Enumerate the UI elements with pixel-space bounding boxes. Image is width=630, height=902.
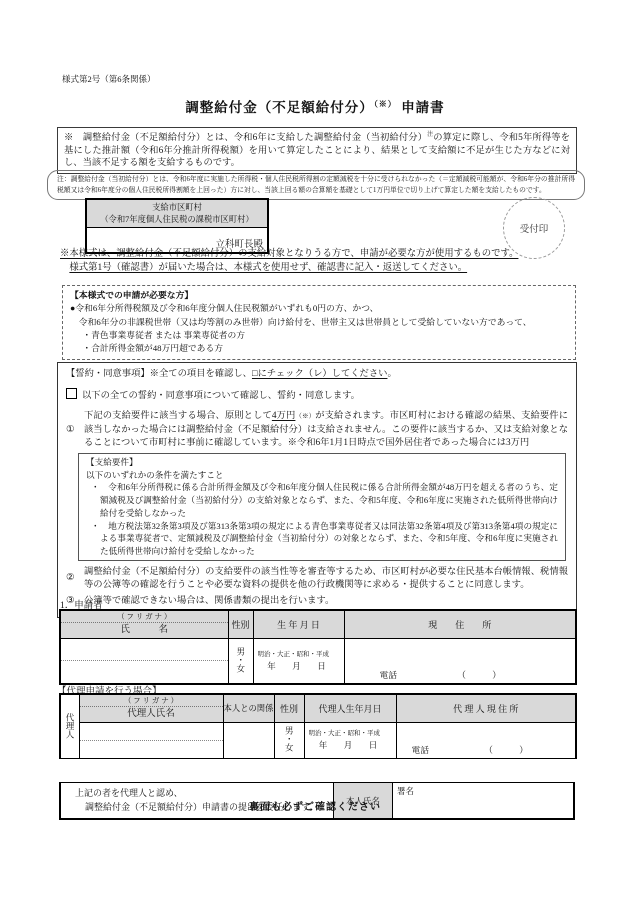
proxy-gender-options: 男・女 <box>285 726 294 752</box>
eligibility-item2: ・合計所得金額が48万円超である方 <box>70 342 568 355</box>
municipality-label: 支給市区町村 （令和7年度個人住民税の課税市区町村） <box>87 200 267 228</box>
eligibility-title: 【本様式での申請が必要な方】 <box>70 289 568 302</box>
applicant-furigana-header: （ フ リ ガ ナ ） <box>61 611 228 623</box>
pledge-header-pre: 【誓約・同意事項】※全ての項目を確認し、 <box>66 369 252 379</box>
footnote-box: 注：調整給付金（当初給付分）とは、令和6年度に実施した所得税・個人住民税所得割の… <box>47 170 585 200</box>
pledge-consent-box: 【誓約・同意事項】※全ての項目を確認し、□にチェック（レ）してください。 以下の… <box>57 362 577 618</box>
pledge-item-1-amount: 4万円 <box>272 411 296 421</box>
pledge-header: 【誓約・同意事項】※全ての項目を確認し、□にチェック（レ）してください。 <box>66 368 568 381</box>
applicant-name-field[interactable] <box>60 638 228 684</box>
eligibility-item1: ・青色事業専従者 または 事業専従者の方 <box>70 329 568 342</box>
applicant-gender-options: 男・女 <box>236 647 245 673</box>
applicant-furigana-input-area[interactable] <box>61 660 228 661</box>
proxy-name-field[interactable] <box>79 722 223 758</box>
proxy-gender-header: 性別 <box>274 694 304 722</box>
pledge-item-1-pre: 下記の支給要件に該当する場合、原則として <box>84 411 272 421</box>
form-code: 様式第2号（第6条関係） <box>62 73 156 85</box>
proxy-name-header: （ フ リ ガ ナ ） 代理人氏名 <box>79 694 223 722</box>
proxy-relation-field[interactable] <box>223 722 274 758</box>
title-note-mark: （※） <box>374 100 397 109</box>
municipality-label-line1: 支給市区町村 <box>87 202 267 214</box>
applicant-era-options: 明治・大正・昭和・平成 <box>256 650 342 660</box>
intro-text-pre: ※ 調整給付金（不足額給付分）とは、令和6年に支給した調整給付金（当初給付分） <box>64 133 427 143</box>
requirements-subtitle: 以下のいずれかの条件を満たすこと <box>86 469 558 482</box>
pledge-item-2-text: 調整給付金（不足額給付分）の支給要件の該当性等を審査等するため、市区町村が必要な… <box>84 566 568 592</box>
requirements-bullet-2: ・ 地方税法第32条第3項及び第313条第3項の規定による青色事業専従者又は同法… <box>86 520 558 558</box>
pledge-item-2: ② 調整給付金（不足額給付分）の支給要件の該当性等を審査等するため、市区町村が必… <box>66 566 568 592</box>
applicant-data-row: 男・女 明治・大正・昭和・平成 年 月 日 電話（ ） <box>60 638 576 684</box>
applicant-phone-line: 電話（ ） <box>345 668 576 681</box>
title-main: 調整給付金（不足額給付分） <box>185 100 374 115</box>
receipt-stamp-label: 受付印 <box>520 221 549 235</box>
municipality-label-line2: （令和7年度個人住民税の課税市区町村） <box>87 214 267 226</box>
proxy-birth-field[interactable]: 明治・大正・昭和・平成 年 月 日 <box>304 722 396 758</box>
municipality-box: 支給市区町村 （令和7年度個人住民税の課税市区町村） 立科町長殿 <box>85 198 269 254</box>
pledge-item-1: ① 下記の支給要件に該当する場合、原則として4万円（※）が支給されます。市区町村… <box>66 410 568 450</box>
proxy-phone-paren: （ ） <box>484 745 528 755</box>
proxy-era-options: 明治・大正・昭和・平成 <box>307 729 394 739</box>
applicant-header-row: （ フ リ ガ ナ ） 氏 名 性別 生 年 月 日 現 住 所 <box>60 610 576 638</box>
pledge-item-1-text: 下記の支給要件に該当する場合、原則として4万円（※）が支給されます。市区町村にお… <box>84 410 568 450</box>
proxy-relation-header: 本人との関係 <box>223 694 274 722</box>
applicant-phone-label: 電話 <box>380 670 398 680</box>
pledge-agree-text: 以下の全ての誓約・同意事項について確認し、誓約・同意します。 <box>82 391 360 401</box>
requirements-title: 【支給要件】 <box>86 456 558 469</box>
pledge-item-2-number: ② <box>66 572 79 585</box>
proxy-phone-label: 電話 <box>412 745 430 755</box>
proxy-phone-line: 電話（ ） <box>397 743 576 756</box>
applicant-name-header: （ フ リ ガ ナ ） 氏 名 <box>60 610 228 638</box>
proxy-furigana-header: （ フ リ ガ ナ ） <box>80 695 223 707</box>
applicant-birth-field[interactable]: 明治・大正・昭和・平成 年 月 日 <box>253 638 344 684</box>
pledge-item-1-amount-note: （※） <box>295 413 315 420</box>
pledge-item-3: ③ 公簿等で確認できない場合は、関係書類の提出を行います。 <box>66 595 568 608</box>
application-form-page: 様式第2号（第6条関係） 調整給付金（不足額給付分）（※） 申請書 ※ 調整給付… <box>0 0 630 902</box>
eligibility-box: 【本様式での申請が必要な方】 ●令和6年分所得税額及び令和6年度分個人住民税額が… <box>62 285 576 360</box>
page-title: 調整給付金（不足額給付分）（※） 申請書 <box>0 96 630 116</box>
proxy-address-header: 代 理 人 現 住 所 <box>396 694 576 722</box>
proxy-date-units: 年 月 日 <box>307 739 394 751</box>
payment-requirements-box: 【支給要件】 以下のいずれかの条件を満たすこと ・ 令和6年分所得税に係る合計所… <box>78 453 566 561</box>
pledge-item-3-text: 公簿等で確認できない場合は、関係書類の提出を行います。 <box>84 595 334 608</box>
applicant-address-field[interactable]: 電話（ ） <box>344 638 576 684</box>
pledge-agree-row: 以下の全ての誓約・同意事項について確認し、誓約・同意します。 <box>66 388 568 403</box>
proxy-side-label-cell: 代理人 <box>60 694 79 758</box>
usage-note: ※本様式は、調整給付金（不足額給付分）の支給対象となりうる方で、申請が必要な方が… <box>60 248 518 275</box>
applicant-table: （ フ リ ガ ナ ） 氏 名 性別 生 年 月 日 現 住 所 男・女 明治・… <box>59 609 577 685</box>
applicant-name-header-label: 氏 名 <box>61 623 228 637</box>
back-side-note: 裏面も必ずご確認ください <box>0 798 630 813</box>
proxy-table: 代理人 （ フ リ ガ ナ ） 代理人氏名 本人との関係 性別 代理人生年月日 … <box>59 693 577 759</box>
intro-description-box: ※ 調整給付金（不足額給付分）とは、令和6年に支給した調整給付金（当初給付分）注… <box>57 127 577 174</box>
usage-note-line1: ※本様式は、調整給付金（不足額給付分）の支給対象となりうる方で、申請が必要な方が… <box>60 248 518 262</box>
proxy-furigana-input-area[interactable] <box>80 740 223 741</box>
eligibility-line1: ●令和6年分所得税額及び令和6年度分個人住民税額がいずれも0円の方、かつ、 <box>70 302 568 315</box>
footnote-text: 注：調整給付金（当初給付分）とは、令和6年度に実施した所得税・個人住民税所得割の… <box>57 176 575 194</box>
title-tail: 申請書 <box>397 100 445 115</box>
proxy-address-field[interactable]: 電話（ ） <box>396 722 576 758</box>
pledge-header-underlined: □にチェック（レ）してください <box>252 369 388 379</box>
proxy-name-header-label: 代理人氏名 <box>80 707 223 721</box>
proxy-gender-field[interactable]: 男・女 <box>274 722 304 758</box>
applicant-gender-field[interactable]: 男・女 <box>228 638 253 684</box>
requirements-bullet-1: ・ 令和6年分所得税に係る合計所得金額及び令和6年度分個人住民税に係る合計所得金… <box>86 481 558 519</box>
proxy-header-row: 代理人 （ フ リ ガ ナ ） 代理人氏名 本人との関係 性別 代理人生年月日 … <box>60 694 576 722</box>
applicant-phone-paren: （ ） <box>457 670 501 680</box>
pledge-header-period: 。 <box>387 369 396 379</box>
applicant-address-header: 現 住 所 <box>344 610 576 638</box>
usage-note-line2: 様式第1号（確認書）が届いた場合は、本様式を使用せず、確認書に記入・返送してくだ… <box>60 262 518 276</box>
eligibility-line2: 令和6年分の非課税世帯（又は均等割のみ世帯）向け給付を、世帯主又は世帯員として受… <box>70 316 568 329</box>
agree-checkbox[interactable] <box>66 388 77 399</box>
proxy-birth-header: 代理人生年月日 <box>304 694 396 722</box>
pledge-item-1-number: ① <box>66 424 79 437</box>
applicant-gender-header: 性別 <box>228 610 253 638</box>
proxy-data-row: 男・女 明治・大正・昭和・平成 年 月 日 電話（ ） <box>60 722 576 758</box>
signature-label: 署名 <box>397 786 414 796</box>
applicant-birth-header: 生 年 月 日 <box>253 610 344 638</box>
proxy-side-label: 代理人 <box>66 713 75 739</box>
applicant-date-units: 年 月 日 <box>256 660 342 672</box>
